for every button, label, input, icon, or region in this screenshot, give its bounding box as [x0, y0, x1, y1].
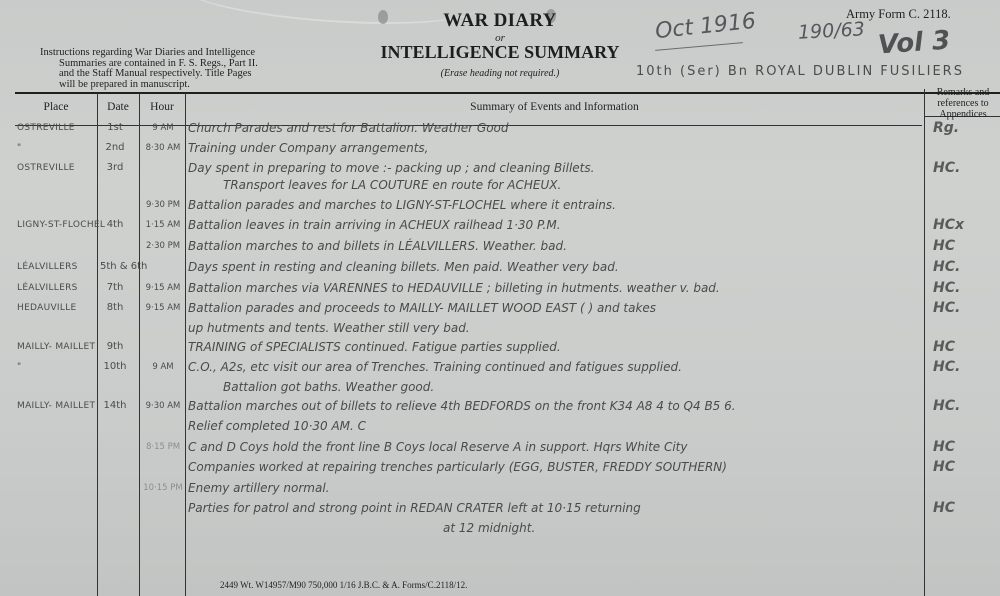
instructions-line: will be prepared in manuscript.: [40, 80, 280, 91]
table-row: Battalion got baths. Weather good.: [15, 379, 1000, 398]
table-row: HEDAUVILLE8th9·15 AMBattalion parades an…: [15, 300, 1000, 319]
table-row: 10·15 PMEnemy artillery normal.: [15, 480, 1000, 499]
table-row: OSTREVILLE1st9 AMChurch Parades and rest…: [15, 120, 1000, 139]
entry-summary: Church Parades and rest for Battalion. W…: [188, 121, 913, 135]
entry-place: HEDAUVILLE: [17, 303, 97, 313]
form-instructions: Instructions regarding War Diaries and I…: [40, 48, 280, 90]
entry-remark: HCx: [933, 217, 993, 233]
column-header-place: Place: [15, 101, 97, 113]
entry-hour: 10·15 PM: [142, 483, 184, 493]
entry-remark: HC: [933, 500, 993, 516]
entry-summary: Day spent in preparing to move :- packin…: [188, 161, 913, 175]
entry-date: 8th: [100, 302, 130, 313]
table-row: TRansport leaves for LA COUTURE en route…: [15, 177, 1000, 196]
entry-place: ": [17, 143, 97, 153]
entry-hour: 9 AM: [142, 123, 184, 133]
entry-remark: HC.: [933, 280, 993, 296]
title-war-diary: WAR DIARY: [370, 10, 630, 32]
entry-summary: Battalion marches via VARENNES to HEDAUV…: [188, 281, 913, 295]
handwritten-unit: 10th (Ser) Bn ROYAL DUBLIN FUSILIERS: [636, 64, 964, 79]
entry-remark: HC.: [933, 398, 993, 414]
table-row: 8·15 PMC and D Coys hold the front line …: [15, 439, 1000, 458]
diary-table: Place Date Hour Summary of Events and In…: [15, 93, 1000, 596]
entry-summary: Training under Company arrangements,: [188, 141, 913, 155]
table-row: Parties for patrol and strong point in R…: [15, 500, 1000, 519]
column-header-hour: Hour: [139, 101, 185, 113]
entry-date: 5th & 6th: [100, 261, 130, 272]
entry-summary: Relief completed 10·30 AM. C: [188, 419, 913, 433]
entry-remark: Rg.: [933, 120, 993, 136]
entry-summary: Battalion marches to and billets in LÉAL…: [188, 239, 913, 253]
entry-summary: C and D Coys hold the front line B Coys …: [188, 440, 913, 454]
table-row: MAILLY- MAILLET9thTRAINING of SPECIALIST…: [15, 339, 1000, 358]
entry-remark: HC: [933, 439, 993, 455]
table-row: LÉALVILLERS7th9·15 AMBattalion marches v…: [15, 280, 1000, 299]
table-row: Companies worked at repairing trenches p…: [15, 459, 1000, 478]
column-header-remarks: Remarks and references to Appendices: [927, 87, 999, 120]
entry-hour: 8·15 PM: [142, 442, 184, 452]
entry-summary: Battalion parades and proceeds to MAILLY…: [188, 301, 913, 315]
entry-place: ": [17, 362, 97, 372]
entry-place: MAILLY- MAILLET: [17, 342, 97, 352]
entry-hour: 9 AM: [142, 362, 184, 372]
entry-summary: Battalion marches out of billets to reli…: [188, 399, 913, 413]
entry-summary: TRAINING of SPECIALISTS continued. Fatig…: [188, 340, 913, 354]
column-header-summary: Summary of Events and Information: [185, 101, 924, 113]
table-row: at 12 midnight.: [15, 520, 1000, 539]
entry-summary: Enemy artillery normal.: [188, 481, 913, 495]
entry-remark: HC: [933, 339, 993, 355]
table-row: "2nd8·30 AMTraining under Company arrang…: [15, 140, 1000, 159]
entry-hour: 1·15 AM: [142, 220, 184, 230]
entry-hour: 9·15 AM: [142, 303, 184, 313]
form-title: WAR DIARY or INTELLIGENCE SUMMARY (Erase…: [370, 10, 630, 79]
table-row: Relief completed 10·30 AM. C: [15, 418, 1000, 437]
table-row: LÉALVILLERS5th & 6thDays spent in restin…: [15, 259, 1000, 278]
entry-hour: 2·30 PM: [142, 241, 184, 251]
column-header-date: Date: [97, 101, 139, 113]
table-row: "10th9 AMC.O., A2s, etc visit our area o…: [15, 359, 1000, 378]
instructions-line: Instructions regarding War Diaries and I…: [40, 48, 280, 59]
entry-summary: up hutments and tents. Weather still ver…: [188, 321, 913, 335]
entry-date: 4th: [100, 219, 130, 230]
entry-summary: Parties for patrol and strong point in R…: [188, 501, 913, 515]
entry-date: 2nd: [100, 142, 130, 153]
handwritten-reference: 190/63: [797, 18, 865, 43]
entry-place: LIGNY-ST-FLOCHEL: [17, 220, 97, 230]
entry-hour: 9·30 PM: [142, 200, 184, 210]
entry-date: 1st: [100, 122, 130, 133]
printer-imprint: 2449 Wt. W14957/M90 750,000 1/16 J.B.C. …: [220, 580, 467, 590]
entry-remark: HC.: [933, 160, 993, 176]
table-row: 9·30 PMBattalion parades and marches to …: [15, 197, 1000, 216]
entry-date: 14th: [100, 400, 130, 411]
entry-summary: Battalion leaves in train arriving in AC…: [188, 218, 913, 232]
instructions-line: and the Staff Manual respectively. Title…: [40, 69, 280, 80]
title-intelligence-summary: INTELLIGENCE SUMMARY: [370, 42, 630, 63]
entry-remark: HC.: [933, 259, 993, 275]
entry-remark: HC: [933, 238, 993, 254]
table-row: LIGNY-ST-FLOCHEL4th1·15 AMBattalion leav…: [15, 217, 1000, 236]
handwritten-month: Oct 1916: [654, 9, 757, 44]
entry-remark: HC: [933, 459, 993, 475]
entry-place: LÉALVILLERS: [17, 262, 97, 272]
month-underline: [655, 42, 743, 51]
entry-place: OSTREVILLE: [17, 163, 97, 173]
entry-place: LÉALVILLERS: [17, 283, 97, 293]
table-row: up hutments and tents. Weather still ver…: [15, 320, 1000, 339]
table-row: 2·30 PMBattalion marches to and billets …: [15, 238, 1000, 257]
entry-date: 9th: [100, 341, 130, 352]
entry-summary: TRansport leaves for LA COUTURE en route…: [188, 178, 948, 192]
entry-summary: at 12 midnight.: [188, 521, 1000, 535]
entry-date: 3rd: [100, 162, 130, 173]
entry-remark: HC.: [933, 300, 993, 316]
entry-hour: 9·30 AM: [142, 401, 184, 411]
entry-place: MAILLY- MAILLET: [17, 401, 97, 411]
entry-remark: HC.: [933, 359, 993, 375]
entry-date: 10th: [100, 361, 130, 372]
entry-hour: 8·30 AM: [142, 143, 184, 153]
war-diary-page: Instructions regarding War Diaries and I…: [0, 0, 1000, 596]
entry-summary: Battalion got baths. Weather good.: [188, 380, 948, 394]
entry-place: OSTREVILLE: [17, 123, 97, 133]
entry-summary: Battalion parades and marches to LIGNY-S…: [188, 198, 913, 212]
entry-summary: Days spent in resting and cleaning bille…: [188, 260, 913, 274]
table-row: MAILLY- MAILLET14th9·30 AMBattalion marc…: [15, 398, 1000, 417]
entry-summary: C.O., A2s, etc visit our area of Trenche…: [188, 360, 913, 374]
entry-date: 7th: [100, 282, 130, 293]
entry-hour: 9·15 AM: [142, 283, 184, 293]
handwritten-volume: Vol 3: [877, 26, 951, 61]
entry-summary: Companies worked at repairing trenches p…: [188, 460, 913, 474]
title-note: (Erase heading not required.): [370, 68, 630, 79]
